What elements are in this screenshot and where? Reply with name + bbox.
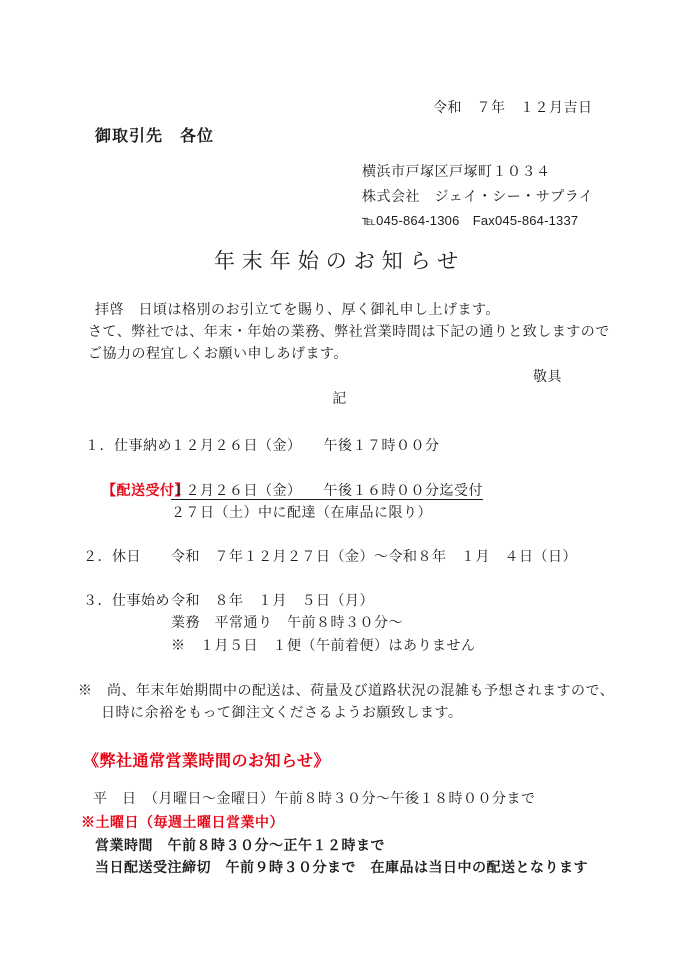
document-title: 年末年始のお知らせ xyxy=(0,249,679,275)
recipient-line: 御取引先 各位 xyxy=(95,127,214,147)
item3-hours-line: 業務 平常通り 午前８時３０分～ xyxy=(171,614,403,632)
greeting-line-3: ご協力の程宜しくお願い申しあげます。 xyxy=(88,345,348,363)
item3-value: 令和 ８年 １月 ５日（月） xyxy=(171,592,374,610)
item2-label: ２．休日 xyxy=(83,548,141,566)
item1-value: １２月２６日（金） 午後１７時００分 xyxy=(171,437,440,455)
note-line-2: 日時に余裕をもって御注文くださるようお願致します。 xyxy=(101,704,462,722)
saturday-cutoff-line: 当日配送受注締切 午前９時３０分まで 在庫品は当日中の配送となります xyxy=(95,859,588,877)
note-line-1: ※ 尚、年末年始期間中の配送は、荷量及び道路状況の混雑も予想されますので、 xyxy=(78,682,614,700)
record-mark: 記 xyxy=(0,390,679,408)
closing-word: 敬具 xyxy=(533,368,562,386)
greeting-line-2: さて、弊社では、年末・年始の業務、弊社営業時間は下記の通りと致しますので xyxy=(88,323,610,341)
item3-remark-line: ※ １月５日 １便（午前着便）はありません xyxy=(171,637,476,655)
weekday-hours-line: 平 日 （月曜日～金曜日）午前８時３０分～午後１８時００分まで xyxy=(93,790,536,808)
greeting-line-1: 拝啓 日頃は格別のお引立てを賜り、厚く御礼申し上げます。 xyxy=(95,301,500,319)
document-date: 令和 ７年 １２月吉日 xyxy=(433,99,593,117)
item1-label: １．仕事納め xyxy=(85,437,172,455)
item2-value: 令和 ７年１２月２７日（金）～令和８年 １月 ４日（日） xyxy=(171,548,577,566)
saturday-heading: ※土曜日（毎週土曜日営業中） xyxy=(81,814,284,832)
sender-address: 横浜市戸塚区戸塚町１０３４ xyxy=(362,163,551,181)
saturday-hours-line: 営業時間 午前８時３０分～正午１２時まで xyxy=(95,837,385,855)
document-page: 令和 ７年 １２月吉日 御取引先 各位 横浜市戸塚区戸塚町１０３４ 株式会社 ジ… xyxy=(0,0,679,960)
delivery-deadline-line: １２月２６日（金） 午後１６時００分迄受付 xyxy=(171,482,483,500)
sender-tel-fax: ℡045-864-1306 Fax045-864-1337 xyxy=(362,213,578,229)
sender-company: 株式会社 ジェイ・シー・サプライ xyxy=(362,188,593,206)
delivery-date-line: ２７日（土）中に配達（在庫品に限り） xyxy=(171,504,432,522)
item3-label: ３．仕事始め xyxy=(83,592,170,610)
business-hours-heading: 《弊社通常営業時間のお知らせ》 xyxy=(83,752,330,772)
